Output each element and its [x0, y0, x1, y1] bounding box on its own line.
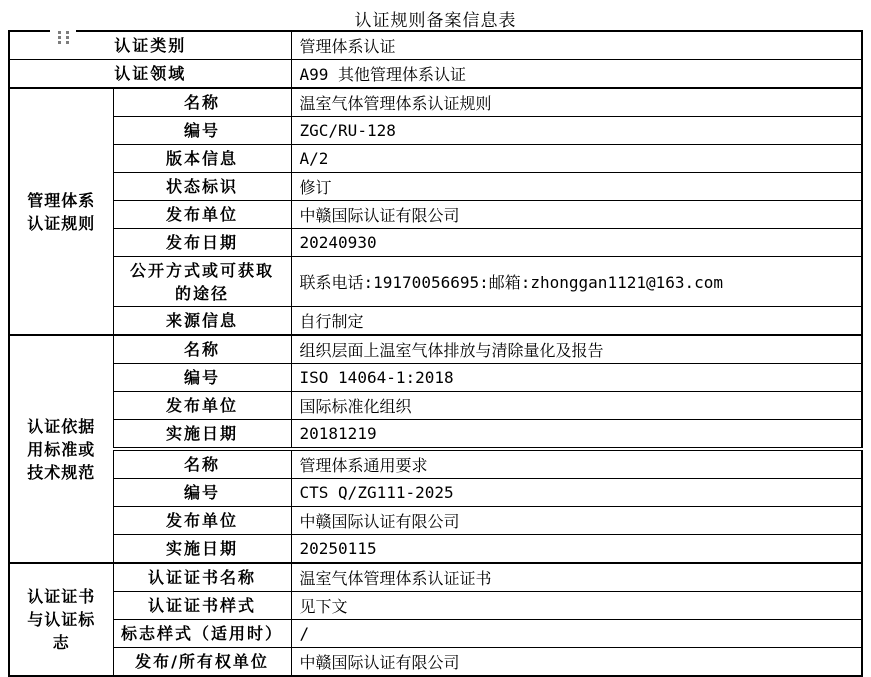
table-row: 名称 管理体系通用要求 [9, 449, 862, 479]
certification-filing-table: 认证类别 管理体系认证 认证领域 A99 其他管理体系认证 管理体系认证规则 名… [8, 30, 863, 677]
table-row: 发布/所有权单位 中赣国际认证有限公司 [9, 648, 862, 677]
row-value: 管理体系通用要求 [291, 449, 862, 479]
row-value: 管理体系认证 [291, 31, 862, 60]
row-label: 版本信息 [113, 145, 291, 173]
table-row: 发布单位 国际标准化组织 [9, 392, 862, 420]
row-label: 公开方式或可获取的途径 [113, 257, 291, 307]
section-group-cell: 认证依据用标准或技术规范 [9, 335, 113, 563]
table-row: 标志样式（适用时） / [9, 620, 862, 648]
table-row: 认证证书样式 见下文 [9, 592, 862, 620]
table-row: 编号 ISO 14064-1:2018 [9, 364, 862, 392]
table-row: 发布单位 中赣国际认证有限公司 [9, 201, 862, 229]
row-value: 见下文 [291, 592, 862, 620]
table-row: 认证依据用标准或技术规范 名称 组织层面上温室气体排放与清除量化及报告 [9, 335, 862, 364]
table-row: 公开方式或可获取的途径 联系电话:19170056695:邮箱:zhonggan… [9, 257, 862, 307]
row-label: 认证证书名称 [113, 563, 291, 592]
row-value: CTS Q/ZG111-2025 [291, 479, 862, 507]
table-row: 实施日期 20250115 [9, 535, 862, 564]
section-group-label: 认证证书与认证标志 [26, 585, 96, 654]
row-value: 中赣国际认证有限公司 [291, 201, 862, 229]
row-label: 发布单位 [113, 507, 291, 535]
row-value: 联系电话:19170056695:邮箱:zhonggan1121@163.com [291, 257, 862, 307]
row-label: 来源信息 [113, 307, 291, 336]
row-label: 编号 [113, 364, 291, 392]
row-value: 温室气体管理体系认证证书 [291, 563, 862, 592]
table-row: 发布日期 20240930 [9, 229, 862, 257]
row-value: ISO 14064-1:2018 [291, 364, 862, 392]
row-value: 温室气体管理体系认证规则 [291, 88, 862, 117]
row-label: 发布/所有权单位 [113, 648, 291, 677]
row-value: 自行制定 [291, 307, 862, 336]
table-row: 发布单位 中赣国际认证有限公司 [9, 507, 862, 535]
row-label: 编号 [113, 117, 291, 145]
table-row: 状态标识 修订 [9, 173, 862, 201]
section-group-label: 认证依据用标准或技术规范 [26, 415, 96, 484]
table-row: 管理体系认证规则 名称 温室气体管理体系认证规则 [9, 88, 862, 117]
page-title: 认证规则备案信息表 [0, 0, 871, 30]
table-row: 认证证书与认证标志 认证证书名称 温室气体管理体系认证证书 [9, 563, 862, 592]
row-value: 20240930 [291, 229, 862, 257]
row-label: 发布单位 [113, 392, 291, 420]
row-value: 中赣国际认证有限公司 [291, 648, 862, 677]
row-value: 中赣国际认证有限公司 [291, 507, 862, 535]
row-label: 实施日期 [113, 420, 291, 450]
row-value: A99 其他管理体系认证 [291, 60, 862, 89]
row-value: 修订 [291, 173, 862, 201]
row-value: 组织层面上温室气体排放与清除量化及报告 [291, 335, 862, 364]
section-group-cell: 管理体系认证规则 [9, 88, 113, 335]
table-row: 认证领域 A99 其他管理体系认证 [9, 60, 862, 89]
row-value: 20181219 [291, 420, 862, 450]
row-label: 标志样式（适用时） [113, 620, 291, 648]
row-value: 20250115 [291, 535, 862, 564]
table-row: 实施日期 20181219 [9, 420, 862, 450]
row-label: 名称 [113, 449, 291, 479]
row-label: 名称 [113, 335, 291, 364]
row-label: 发布日期 [113, 229, 291, 257]
row-value: A/2 [291, 145, 862, 173]
table-row: 版本信息 A/2 [9, 145, 862, 173]
table-row: 编号 CTS Q/ZG111-2025 [9, 479, 862, 507]
row-label: 状态标识 [113, 173, 291, 201]
row-label: 实施日期 [113, 535, 291, 564]
section-group-label: 管理体系认证规则 [26, 189, 96, 235]
table-row: 认证类别 管理体系认证 [9, 31, 862, 60]
row-label: 名称 [113, 88, 291, 117]
drag-handle-dots-icon [58, 31, 69, 44]
row-value: 国际标准化组织 [291, 392, 862, 420]
row-value: ZGC/RU-128 [291, 117, 862, 145]
table-row: 来源信息 自行制定 [9, 307, 862, 336]
row-label: 编号 [113, 479, 291, 507]
table-move-handle-icon[interactable] [50, 28, 76, 47]
row-label: 认证证书样式 [113, 592, 291, 620]
row-label: 发布单位 [113, 201, 291, 229]
row-label: 认证领域 [9, 60, 291, 89]
table-row: 编号 ZGC/RU-128 [9, 117, 862, 145]
section-group-cell: 认证证书与认证标志 [9, 563, 113, 676]
row-value: / [291, 620, 862, 648]
